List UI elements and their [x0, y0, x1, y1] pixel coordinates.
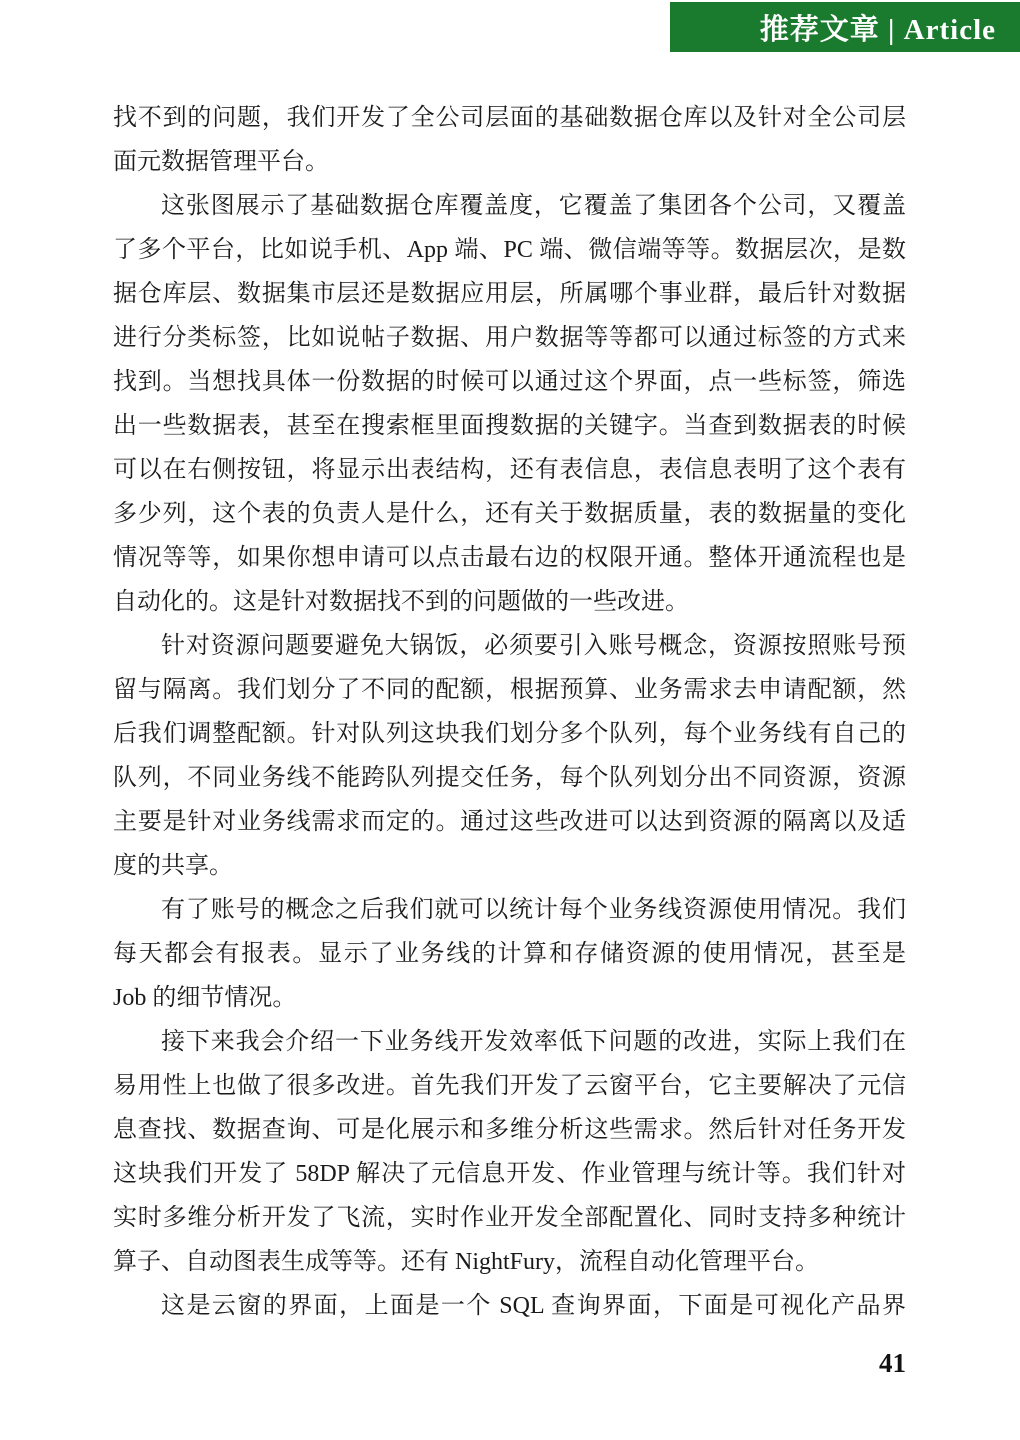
text-line: 面元数据管理平台。 — [113, 140, 906, 184]
text-line: 多少列，这个表的负责人是什么，还有关于数据质量，表的数据量的变化 — [113, 492, 906, 536]
text-line: 接下来我会介绍一下业务线开发效率低下问题的改进，实际上我们在 — [113, 1020, 906, 1064]
text-line: 队列，不同业务线不能跨队列提交任务，每个队列划分出不同资源，资源 — [113, 756, 906, 800]
text-line: 算子、自动图表生成等等。还有 NightFury，流程自动化管理平台。 — [113, 1240, 906, 1284]
text-line: 找不到的问题，我们开发了全公司层面的基础数据仓库以及针对全公司层 — [113, 96, 906, 140]
text-line: 出一些数据表，甚至在搜索框里面搜数据的关键字。当查到数据表的时候 — [113, 404, 906, 448]
text-line: 了多个平台，比如说手机、App 端、PC 端、微信端等等。数据层次，是数 — [113, 228, 906, 272]
text-line: 可以在右侧按钮，将显示出表结构，还有表信息，表信息表明了这个表有 — [113, 448, 906, 492]
document-page: 推荐文章 | Article 找不到的问题，我们开发了全公司层面的基础数据仓库以… — [0, 0, 1020, 1440]
text-line: 度的共享。 — [113, 844, 906, 888]
text-line: 找到。当想找具体一份数据的时候可以通过这个界面，点一些标签，筛选 — [113, 360, 906, 404]
text-line: 息查找、数据查询、可是化展示和多维分析这些需求。然后针对任务开发 — [113, 1108, 906, 1152]
text-line: 这块我们开发了 58DP 解决了元信息开发、作业管理与统计等。我们针对 — [113, 1152, 906, 1196]
text-line: 这是云窗的界面，上面是一个 SQL 查询界面，下面是可视化产品界面， — [113, 1284, 906, 1328]
text-line: 这张图展示了基础数据仓库覆盖度，它覆盖了集团各个公司，又覆盖 — [113, 184, 906, 228]
text-line: 有了账号的概念之后我们就可以统计每个业务线资源使用情况。我们 — [113, 888, 906, 932]
text-line: 自动化的。这是针对数据找不到的问题做的一些改进。 — [113, 580, 906, 624]
body-text: 找不到的问题，我们开发了全公司层面的基础数据仓库以及针对全公司层面元数据管理平台… — [113, 96, 906, 1328]
text-line: 据仓库层、数据集市层还是数据应用层，所属哪个事业群，最后针对数据 — [113, 272, 906, 316]
text-line: 留与隔离。我们划分了不同的配额，根据预算、业务需求去申请配额，然 — [113, 668, 906, 712]
page-number: 41 — [113, 1348, 906, 1379]
text-line: 实时多维分析开发了飞流，实时作业开发全部配置化、同时支持多种统计 — [113, 1196, 906, 1240]
text-line: 情况等等，如果你想申请可以点击最右边的权限开通。整体开通流程也是 — [113, 536, 906, 580]
text-line: 针对资源问题要避免大锅饭，必须要引入账号概念，资源按照账号预 — [113, 624, 906, 668]
text-line: Job 的细节情况。 — [113, 976, 906, 1020]
text-line: 进行分类标签，比如说帖子数据、用户数据等等都可以通过标签的方式来 — [113, 316, 906, 360]
text-line: 后我们调整配额。针对队列这块我们划分多个队列，每个业务线有自己的 — [113, 712, 906, 756]
header-band-label: 推荐文章 | Article — [760, 7, 996, 48]
text-line: 主要是针对业务线需求而定的。通过这些改进可以达到资源的隔离以及适 — [113, 800, 906, 844]
header-band: 推荐文章 | Article — [670, 2, 1020, 52]
text-line: 每天都会有报表。显示了业务线的计算和存储资源的使用情况，甚至是 — [113, 932, 906, 976]
text-line: 易用性上也做了很多改进。首先我们开发了云窗平台，它主要解决了元信 — [113, 1064, 906, 1108]
